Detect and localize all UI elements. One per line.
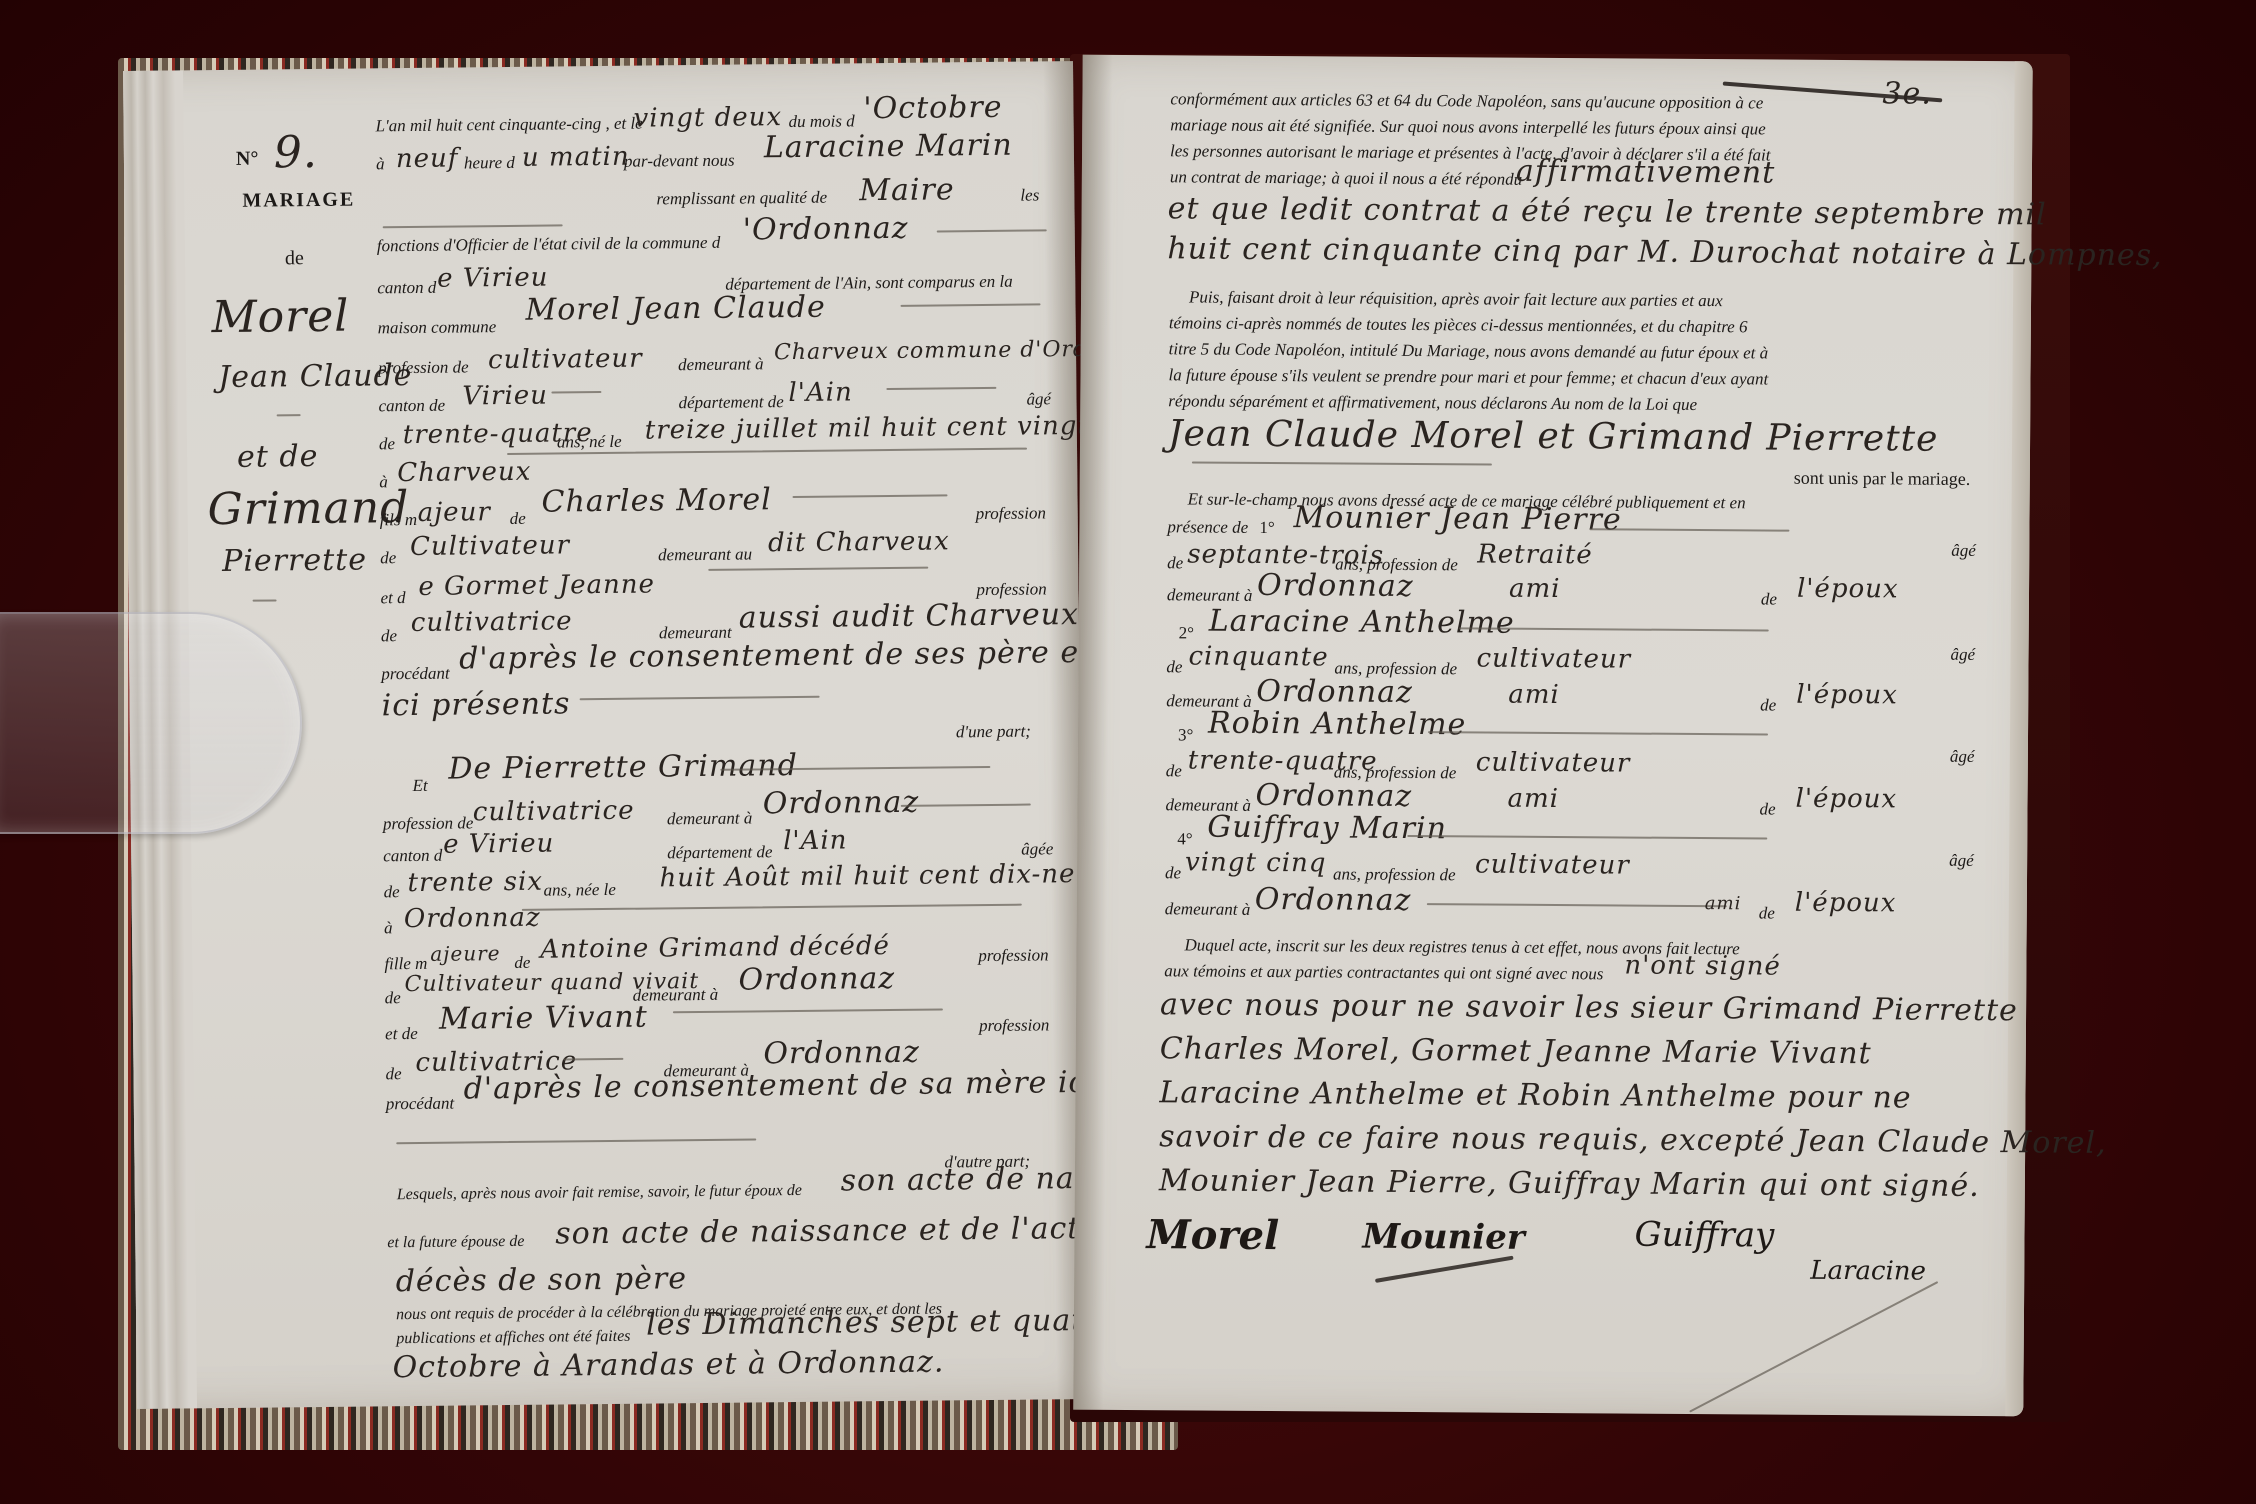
printed-text: L'an mil huit cent cinquante-cing , et l… xyxy=(376,114,643,137)
handwritten-profession: cultivateur xyxy=(488,344,643,376)
fill-rule xyxy=(937,229,1047,232)
printed-text: de xyxy=(1167,553,1183,573)
printed-text: à xyxy=(376,154,385,174)
mariage-title: MARIAGE xyxy=(242,189,355,213)
witness-4-relation: ami xyxy=(1705,893,1742,914)
fill-rule xyxy=(708,567,928,571)
printed-text: de xyxy=(1759,903,1775,923)
margin-groom-surname: Morel xyxy=(211,291,349,343)
printed-text: âgée xyxy=(1021,839,1053,859)
handwritten-father-name: Charles Morel xyxy=(541,482,772,519)
fill-rule xyxy=(673,1008,943,1013)
printed-text: publications et affiches ont été faites xyxy=(396,1328,630,1348)
act-number: 9. xyxy=(274,127,319,178)
witness-3-of: l'époux xyxy=(1795,784,1897,815)
handwritten-mother-residence: Ordonnaz xyxy=(763,1035,920,1072)
printed-text: témoins ci-après nommés de toutes les pi… xyxy=(1169,313,1748,337)
handwritten-mother-name: e Gormet Jeanne xyxy=(418,569,655,601)
handwritten-majority: ajeur xyxy=(418,497,491,528)
printed-text: procédant xyxy=(381,664,450,685)
signature-guiffray: Guiffray xyxy=(1634,1215,1774,1256)
handwritten-officer: Laracine Marin xyxy=(764,128,1013,166)
signature-mounier: Mounier xyxy=(1362,1217,1524,1258)
fill-rule xyxy=(793,494,948,498)
witness-3-relation: ami xyxy=(1507,784,1559,814)
witness-4-name: Guiffray Marin xyxy=(1207,810,1447,847)
printed-text: les xyxy=(1020,185,1039,205)
printed-text: Puis, faisant droit à leur réquisition, … xyxy=(1189,287,1723,311)
printed-text: et la future épouse de xyxy=(387,1233,524,1252)
fill-rule xyxy=(580,696,820,701)
witness-3-residence: Ordonnaz xyxy=(1255,778,1412,814)
number-label: N° xyxy=(236,148,259,171)
handwritten-contract-date: et que ledit contrat a été reçu le trent… xyxy=(1168,191,2047,232)
printed-text: de xyxy=(380,548,396,568)
handwritten-publication-places: Octobre à Arandas et à Ordonnaz. xyxy=(392,1344,944,1385)
handwritten-notary: huit cent cinquante cinq par M. Durochat… xyxy=(1167,231,2163,273)
handwritten-majority: ajeure xyxy=(430,941,500,966)
printed-text: mariage nous ait été signifiée. Sur quoi… xyxy=(1170,115,1766,139)
printed-text: âgé xyxy=(1026,389,1051,409)
handwritten-father-profession: Cultivateur xyxy=(410,530,570,562)
signature-flourish xyxy=(1375,1256,1514,1283)
printed-text: âgé xyxy=(1950,747,1975,767)
handwritten-department: l'Ain xyxy=(783,825,848,856)
printed-text: canton d xyxy=(383,846,442,867)
witness-1-profession: Retraité xyxy=(1477,539,1593,570)
fill-rule xyxy=(901,804,1031,807)
handwritten-department: l'Ain xyxy=(788,377,853,408)
printed-text: profession de xyxy=(378,357,469,378)
witness-ordinal: 2° xyxy=(1179,623,1194,643)
handwritten-father-name: Antoine Grimand décédé xyxy=(540,931,890,965)
printed-text: âgé xyxy=(1949,851,1974,871)
fill-rule xyxy=(396,1138,756,1144)
handwritten-canton: e Virieu xyxy=(443,829,554,860)
printed-text: âgé xyxy=(1951,645,1976,665)
handwritten-birthdate: huit Août mil huit cent dix-neuf xyxy=(659,859,1104,894)
printed-text: demeurant à xyxy=(667,808,753,829)
handwritten-closing: n'ont signé xyxy=(1624,951,1781,982)
printed-text: de xyxy=(510,509,526,529)
printed-text: à xyxy=(384,918,393,938)
fill-rule xyxy=(522,904,1022,911)
printed-text: profession xyxy=(979,1015,1049,1036)
witness-2-profession: cultivateur xyxy=(1476,643,1631,674)
printed-text: de xyxy=(384,882,400,902)
witness-3-profession: cultivateur xyxy=(1476,747,1631,778)
printed-text: profession xyxy=(978,945,1048,966)
printed-text: de xyxy=(379,434,395,454)
handwritten-quality: Maire xyxy=(859,172,955,208)
printed-text: conformément aux articles 63 et 64 du Co… xyxy=(1170,89,1763,113)
printed-text: de xyxy=(1760,695,1776,715)
printed-text: âgé xyxy=(1951,541,1976,561)
fill-rule xyxy=(1427,903,1727,907)
witness-4-of: l'époux xyxy=(1795,888,1897,919)
printed-text: de xyxy=(1759,799,1775,819)
printed-text: présence de xyxy=(1167,517,1248,538)
handwritten-time: u matin xyxy=(522,142,630,173)
printed-text: département de xyxy=(678,392,783,413)
witness-2-of: l'époux xyxy=(1796,680,1898,711)
fill-rule xyxy=(1428,731,1768,735)
handwritten-couple-names: Jean Claude Morel et Grimand Pierrette xyxy=(1168,413,1939,459)
handwritten-closing: Charles Morel, Gormet Jeanne Marie Vivan… xyxy=(1160,1031,1872,1071)
printed-text: un contrat de mariage; à quoi il nous a … xyxy=(1170,167,1522,189)
handwritten-father-residence: dit Charveux xyxy=(768,526,950,558)
handwritten-mother-name: Marie Vivant xyxy=(439,1000,648,1037)
printed-text: de xyxy=(1166,657,1182,677)
printed-text: et d xyxy=(380,588,405,608)
printed-text: département de xyxy=(667,842,772,863)
handwritten-closing: Mounier Jean Pierre, Guiffray Marin qui … xyxy=(1159,1163,1980,1204)
printed-text: Lesquels, après nous avoir fait remise, … xyxy=(397,1182,802,1204)
printed-text: fils m xyxy=(380,510,418,530)
witness-1-residence: Ordonnaz xyxy=(1257,568,1414,604)
handwritten-birthdate: treize juillet mil huit cent vingt un xyxy=(645,410,1134,445)
printed-text: de xyxy=(385,1064,401,1084)
handwritten-commune: 'Ordonnaz xyxy=(743,211,909,248)
witness-2-residence: Ordonnaz xyxy=(1256,674,1413,710)
printed-text: canton d xyxy=(377,278,436,299)
handwritten-hour: neuf xyxy=(396,144,459,175)
witness-2-name: Laracine Anthelme xyxy=(1209,604,1515,641)
printed-text: et de xyxy=(385,1024,418,1044)
witness-1-relation: ami xyxy=(1509,574,1561,604)
handwritten-birthplace: Ordonnaz xyxy=(404,903,541,934)
printed-text: de xyxy=(1166,761,1182,781)
handwritten-father-residence: Ordonnaz xyxy=(738,961,895,998)
handwritten-birthplace: Charveux xyxy=(397,457,531,488)
fill-rule xyxy=(886,387,996,390)
fill-rule xyxy=(1192,461,1492,465)
witness-4-residence: Ordonnaz xyxy=(1255,882,1412,918)
handwritten-age: trente six xyxy=(407,867,543,898)
printed-text: canton de xyxy=(378,396,445,417)
signature-morel: Morel xyxy=(1146,1211,1279,1259)
fill-rule xyxy=(551,391,601,394)
right-page: 3e. conformément aux articles 63 et 64 d… xyxy=(1073,55,2032,1417)
printed-text: fonctions d'Officier de l'état civil de … xyxy=(377,233,721,257)
witness-1-of: l'époux xyxy=(1797,574,1899,605)
printed-text: maison commune xyxy=(378,317,497,338)
handwritten-bride-profession: cultivatrice xyxy=(473,796,635,828)
margin-dash xyxy=(277,414,301,416)
printed-text: heure d xyxy=(464,153,515,174)
handwritten-closing: avec nous pour ne savoir les sieur Grima… xyxy=(1160,987,2018,1028)
fill-rule xyxy=(1407,835,1767,840)
handwritten-present: ici présents xyxy=(381,686,570,723)
fill-rule xyxy=(383,224,563,228)
printed-text: demeurant à xyxy=(678,354,764,375)
handwritten-mother-residence: aussi audit Charveux xyxy=(739,597,1080,636)
handwritten-groom-name: Morel Jean Claude xyxy=(525,290,826,328)
witness-4-age: vingt cinq xyxy=(1185,847,1327,878)
printed-text: Et xyxy=(412,776,427,796)
printed-text: titre 5 du Code Napoléon, intitulé Du Ma… xyxy=(1169,339,1769,363)
printed-text: de xyxy=(381,626,397,646)
handwritten-contract-answer: affirmativement xyxy=(1516,154,1776,191)
printed-text: de xyxy=(1165,863,1181,883)
witness-ordinal: 1° xyxy=(1259,518,1274,538)
margin-bride-given: Pierrette xyxy=(222,542,367,579)
fill-rule xyxy=(563,1058,623,1061)
handwritten-closing: Laracine Anthelme et Robin Anthelme pour… xyxy=(1159,1075,1911,1115)
handwritten-death-record: décès de son père xyxy=(396,1261,688,1299)
printed-text: remplissant en qualité de xyxy=(656,188,827,210)
printed-text: par-devant nous xyxy=(624,151,735,172)
printed-text: à xyxy=(379,472,388,492)
printed-text: répondu séparément et affirmativement, n… xyxy=(1168,391,1697,415)
handwritten-bride-name: De Pierrette Grimand xyxy=(448,748,798,787)
printed-text: procédant xyxy=(386,1094,455,1115)
witness-ordinal: 3° xyxy=(1178,725,1193,745)
printed-text: de xyxy=(1761,589,1777,609)
handwritten-bride-residence: Ordonnaz xyxy=(763,785,920,822)
handwritten-canton: Virieu xyxy=(462,381,548,412)
witness-4-profession: cultivateur xyxy=(1475,849,1630,880)
witness-1-name: Mounier Jean Pierre xyxy=(1293,500,1621,537)
printed-text: sont unis par le mariage. xyxy=(1794,468,1971,490)
printed-text: ans, née le xyxy=(544,880,616,901)
handwritten-month: 'Octobre xyxy=(863,90,1002,126)
handwritten-mother-profession: cultivatrice xyxy=(411,606,573,638)
handwritten-bride-documents: son acte de naissance et de l'acte de xyxy=(555,1210,1149,1251)
printed-text: ans, né le xyxy=(557,432,622,453)
fill-rule xyxy=(901,303,1041,306)
witness-2-age: cinquante xyxy=(1188,641,1328,672)
printed-text: demeurant au xyxy=(658,544,752,565)
handwritten-closing: savoir de ce faire nous requis, excepté … xyxy=(1159,1119,2107,1161)
printed-text: la future épouse s'ils veulent se prendr… xyxy=(1168,365,1768,389)
signature-flourish xyxy=(1689,1281,1938,1412)
margin-de: de xyxy=(285,247,304,270)
handwritten-day: vingt deux xyxy=(633,102,782,134)
signature-laracine: Laracine xyxy=(1810,1256,1926,1287)
margin-dash xyxy=(253,599,277,601)
printed-text: aux témoins et aux parties contractantes… xyxy=(1164,961,1603,984)
witness-3-name: Robin Anthelme xyxy=(1208,706,1466,743)
printed-text: d'une part; xyxy=(956,722,1031,743)
printed-text: profession xyxy=(976,503,1046,524)
handwritten-canton: e Virieu xyxy=(437,263,548,294)
printed-text: de xyxy=(385,988,401,1008)
transparent-page-holder xyxy=(0,612,302,834)
margin-and: et de xyxy=(237,439,319,475)
witness-2-relation: ami xyxy=(1508,680,1560,710)
printed-text: demeurant à xyxy=(1165,899,1251,920)
